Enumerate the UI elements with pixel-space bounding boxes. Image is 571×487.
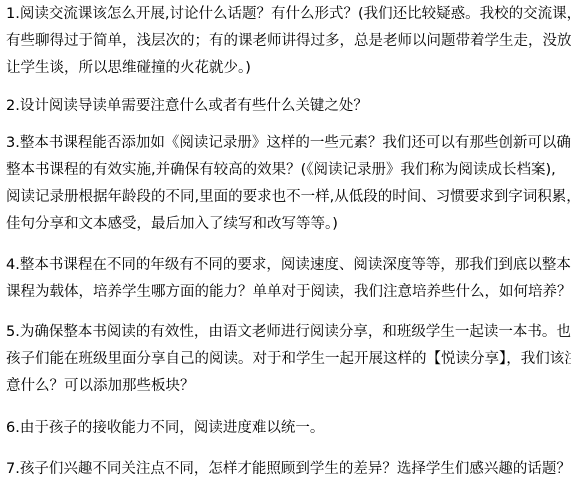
paragraph-line: 让学生谈，所以思维碰撞的火花就少。) (6, 55, 566, 82)
paragraph-line: 1.阅读交流课该怎么开展,讨论什么话题？有什么形式？(我们还比较疑惑。我校的交流… (6, 1, 566, 28)
paragraph-5: 5.为确保整本书阅读的有效性，由语文老师进行阅读分享，和班级学生一起读一本书。也… (6, 319, 566, 400)
paragraph-line: 2.设计阅读导读单需要注意什么或者有些什么关键之处？ (6, 93, 566, 120)
paragraph-6: 6.由于孩子的接收能力不同，阅读进度难以统一。 (6, 415, 566, 442)
document: 1.阅读交流课该怎么开展,讨论什么话题？有什么形式？(我们还比较疑惑。我校的交流… (0, 0, 571, 487)
paragraph-4: 4.整本书课程在不同的年级有不同的要求，阅读速度、阅读深度等等，那我们到底以整本… (6, 252, 566, 306)
paragraph-line: 整本书课程的有效实施,并确保有较高的效果？(《阅读记录册》我们称为阅读成长档案)… (6, 157, 566, 184)
paragraph-7: 7.孩子们兴趣不同关注点不同，怎样才能照顾到学生的差异？选择学生们感兴趣的话题？ (6, 456, 566, 483)
paragraph-line: 5.为确保整本书阅读的有效性，由语文老师进行阅读分享，和班级学生一起读一本书。也… (6, 319, 566, 346)
paragraph-line: 意什么？可以添加那些板块？ (6, 373, 566, 400)
paragraph-3: 3.整本书课程能否添加如《阅读记录册》这样的一些元素？我们还可以有那些创新可以确… (6, 130, 566, 238)
paragraph-line: 4.整本书课程在不同的年级有不同的要求，阅读速度、阅读深度等等，那我们到底以整本… (6, 252, 566, 279)
paragraph-line: 3.整本书课程能否添加如《阅读记录册》这样的一些元素？我们还可以有那些创新可以确… (6, 130, 566, 157)
paragraph-line: 有些聊得过于简单，浅层次的；有的课老师讲得过多，总是老师以问题带着学生走，没放手 (6, 28, 566, 55)
paragraph-line: 阅读记录册根据年龄段的不同,里面的要求也不一样,从低段的时间、习惯要求到字词积累… (6, 184, 566, 211)
paragraph-line: 课程为载体，培养学生哪方面的能力？单单对于阅读，我们注意培养些什么，如何培养？ (6, 279, 566, 306)
paragraph-line: 孩子们能在班级里面分享自己的阅读。对于和学生一起开展这样的【悦读分享】，我们该注 (6, 346, 566, 373)
paragraph-line: 6.由于孩子的接收能力不同，阅读进度难以统一。 (6, 415, 566, 442)
paragraph-1: 1.阅读交流课该怎么开展,讨论什么话题？有什么形式？(我们还比较疑惑。我校的交流… (6, 1, 566, 82)
paragraph-2: 2.设计阅读导读单需要注意什么或者有些什么关键之处？ (6, 93, 566, 120)
paragraph-line: 佳句分享和文本感受，最后加入了续写和改写等等。) (6, 211, 566, 238)
paragraph-line: 7.孩子们兴趣不同关注点不同，怎样才能照顾到学生的差异？选择学生们感兴趣的话题？ (6, 456, 566, 483)
